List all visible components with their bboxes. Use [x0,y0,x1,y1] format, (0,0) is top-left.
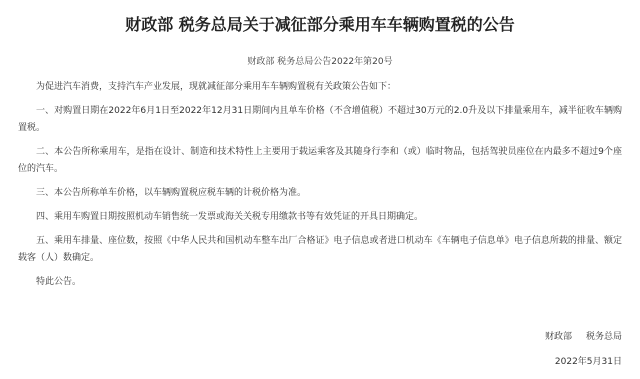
paragraph-5: 五、乘用车排量、座位数，按照《中华人民共和国机动车整车出厂合格证》电子信息或者进… [18,233,622,267]
paragraph-1: 一、对购置日期在2022年6月1日至2022年12月31日期间内且单车价格（不含… [18,103,622,137]
document-number: 财政部 税务总局公告2022年第20号 [0,54,640,67]
issue-date: 2022年5月31日 [555,354,622,367]
paragraph-4: 四、乘用车购置日期按照机动车销售统一发票或海关关税专用缴款书等有效凭证的开具日期… [18,209,622,226]
paragraph-closing: 特此公告。 [18,274,622,291]
page-title: 财政部 税务总局关于减征部分乘用车车辆购置税的公告 [0,12,640,35]
document-body: 为促进汽车消费，支持汽车产业发展，现就减征部分乘用车车辆购置税有关政策公告如下：… [18,79,622,298]
signatory-sat: 税务总局 [586,332,622,342]
signatory-mof: 财政部 [545,332,572,342]
paragraph-2: 二、本公告所称乘用车，是指在设计、制造和技术特性上主要用于载运乘客及其随身行李和… [18,144,622,178]
paragraph-intro: 为促进汽车消费，支持汽车产业发展，现就减征部分乘用车车辆购置税有关政策公告如下： [18,79,622,96]
paragraph-3: 三、本公告所称单车价格，以车辆购置税应税车辆的计税价格为准。 [18,185,622,202]
signatories: 财政部税务总局 [545,329,622,342]
